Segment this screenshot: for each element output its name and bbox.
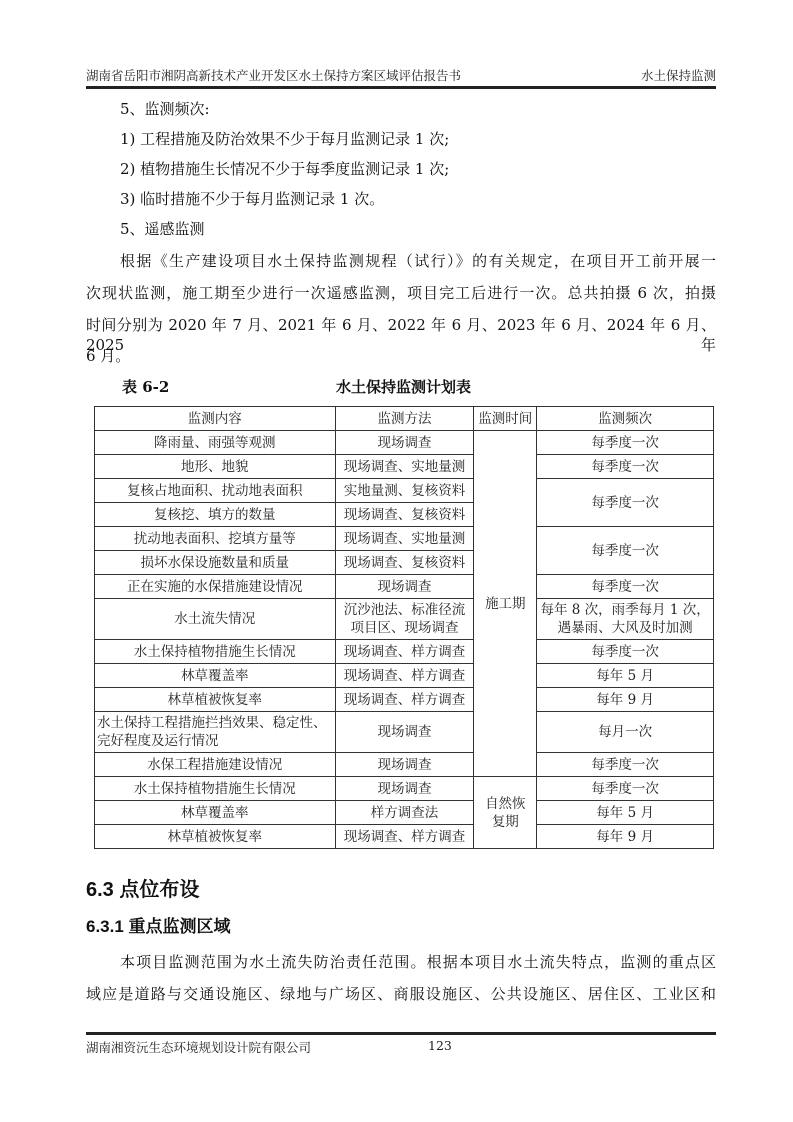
remote-para-line-1: 根据《生产建设项目水土保持监测规程（试行）》的有关规定，在项目开工前开展一 (86, 251, 716, 271)
content-cell: 水保工程措施建设情况 (95, 753, 336, 777)
header-divider (86, 86, 716, 89)
frequency-cell: 每季度一次 (537, 455, 714, 479)
section-para-line-2: 域应是道路与交通设施区、绿地与广场区、商服设施区、公共设施区、居住区、工业区和 (86, 984, 716, 1004)
method-cell: 现场调查、样方调查 (335, 640, 474, 664)
table-row: 正在实施的水保措施建设情况 现场调查 每季度一次 (95, 575, 714, 599)
table-row: 地形、地貌 现场调查、实地量测 每季度一次 (95, 455, 714, 479)
monitoring-plan-table: 监测内容 监测方法 监测时间 监测频次 降雨量、雨强等观测 现场调查 施工期 每… (94, 406, 714, 849)
content-cell: 水土保持植物措施生长情况 (95, 777, 336, 801)
remote-heading: 5、遥感监测 (86, 219, 716, 239)
content-cell: 地形、地貌 (95, 455, 336, 479)
period-cell-construction: 施工期 (474, 431, 537, 777)
header-cell: 监测方法 (335, 407, 474, 431)
table-row: 降雨量、雨强等观测 现场调查 施工期 每季度一次 (95, 431, 714, 455)
table-row: 水保工程措施建设情况 现场调查 每季度一次 (95, 753, 714, 777)
method-cell: 现场调查、样方调查 (335, 825, 474, 849)
header-cell: 监测时间 (474, 407, 537, 431)
header-cell: 监测频次 (537, 407, 714, 431)
content-cell: 林草覆盖率 (95, 801, 336, 825)
table-header-row: 监测内容 监测方法 监测时间 监测频次 (95, 407, 714, 431)
frequency-cell: 每年 9 月 (537, 688, 714, 712)
table-row: 水土保持工程措施拦挡效果、稳定性、完好程度及运行情况 现场调查 每月一次 (95, 712, 714, 753)
method-cell: 现场调查 (335, 712, 474, 753)
table-row: 扰动地表面积、挖填方量等 现场调查、实地量测 每季度一次 (95, 527, 714, 551)
subsection-heading: 6.3.1 重点监测区域 (86, 912, 231, 937)
table-row: 复核占地面积、扰动地表面积 实地量测、复核资料 每季度一次 (95, 479, 714, 503)
table-row: 水土保持植物措施生长情况 现场调查 自然恢复期 每季度一次 (95, 777, 714, 801)
frequency-cell: 每季度一次 (537, 527, 714, 575)
method-cell: 样方调查法 (335, 801, 474, 825)
content-cell: 林草植被恢复率 (95, 825, 336, 849)
table-row: 水土流失情况 沉沙池法、标准径流项目区、现场调查 每年 8 次，雨季每月 1 次… (95, 599, 714, 640)
frequency-cell: 每季度一次 (537, 753, 714, 777)
section-name: 水土保持监测 (641, 66, 716, 84)
content-cell: 水土流失情况 (95, 599, 336, 640)
method-cell: 现场调查、实地量测 (335, 527, 474, 551)
freq-item-2: 2) 植物措施生长情况不少于每季度监测记录 1 次; (86, 159, 716, 179)
method-cell: 现场调查 (335, 753, 474, 777)
method-cell: 现场调查、样方调查 (335, 664, 474, 688)
content-cell: 水土保持植物措施生长情况 (95, 640, 336, 664)
method-cell: 现场调查 (335, 575, 474, 599)
frequency-cell: 每季度一次 (537, 431, 714, 455)
method-cell: 沉沙池法、标准径流项目区、现场调查 (335, 599, 474, 640)
table-row: 水土保持植物措施生长情况 现场调查、样方调查 每季度一次 (95, 640, 714, 664)
header-cell: 监测内容 (95, 407, 336, 431)
frequency-cell: 每季度一次 (537, 640, 714, 664)
frequency-cell: 每季度一次 (537, 479, 714, 527)
report-title: 湖南省岳阳市湘阴高新技术产业开发区水土保持方案区域评估报告书 (86, 66, 461, 84)
content-cell: 水土保持工程措施拦挡效果、稳定性、完好程度及运行情况 (95, 712, 336, 753)
frequency-cell: 每季度一次 (537, 777, 714, 801)
table-row: 林草覆盖率 现场调查、样方调查 每年 5 月 (95, 664, 714, 688)
company-name: 湖南湘资沅生态环境规划设计院有限公司 (86, 1038, 311, 1056)
freq-item-1: 1) 工程措施及防治效果不少于每月监测记录 1 次; (86, 129, 716, 149)
method-cell: 现场调查 (335, 431, 474, 455)
frequency-cell: 每年 9 月 (537, 825, 714, 849)
method-cell: 现场调查、复核资料 (335, 503, 474, 527)
table-row: 林草覆盖率 样方调查法 每年 5 月 (95, 801, 714, 825)
frequency-cell: 每年 5 月 (537, 801, 714, 825)
content-cell: 正在实施的水保措施建设情况 (95, 575, 336, 599)
method-cell: 现场调查、样方调查 (335, 688, 474, 712)
frequency-cell: 每月一次 (537, 712, 714, 753)
remote-para-line-2: 次现状监测，施工期至少进行一次遥感监测，项目完工后进行一次。总共拍摄 6 次，拍… (86, 283, 716, 303)
content-cell: 林草植被恢复率 (95, 688, 336, 712)
remote-para-line-4: 6 月。 (86, 346, 716, 366)
page-number: 123 (428, 1038, 452, 1053)
table-number: 表 6-2 (122, 376, 169, 397)
frequency-cell: 每年 8 次，雨季每月 1 次，遇暴雨、大风及时加测 (537, 599, 714, 640)
content-cell: 扰动地表面积、挖填方量等 (95, 527, 336, 551)
frequency-cell: 每季度一次 (537, 575, 714, 599)
content-cell: 损坏水保设施数量和质量 (95, 551, 336, 575)
section-para-line-1: 本项目监测范围为水土流失防治责任范围。根据本项目水土流失特点，监测的重点区 (86, 952, 716, 972)
method-cell: 现场调查 (335, 777, 474, 801)
frequency-cell: 每年 5 月 (537, 664, 714, 688)
page-header: 湖南省岳阳市湘阴高新技术产业开发区水土保持方案区域评估报告书 水土保持监测 (86, 66, 716, 84)
content-cell: 复核占地面积、扰动地表面积 (95, 479, 336, 503)
table-title: 水土保持监测计划表 (336, 376, 471, 397)
period-cell-recovery: 自然恢复期 (474, 777, 537, 849)
content-cell: 降雨量、雨强等观测 (95, 431, 336, 455)
table-row: 林草植被恢复率 现场调查、样方调查 每年 9 月 (95, 825, 714, 849)
freq-heading: 5、监测频次: (86, 99, 716, 119)
section-heading: 6.3 点位布设 (86, 873, 199, 902)
method-cell: 现场调查、复核资料 (335, 551, 474, 575)
content-cell: 复核挖、填方的数量 (95, 503, 336, 527)
freq-item-3: 3) 临时措施不少于每月监测记录 1 次。 (86, 189, 716, 209)
table-row: 林草植被恢复率 现场调查、样方调查 每年 9 月 (95, 688, 714, 712)
footer-divider (86, 1032, 716, 1035)
method-cell: 实地量测、复核资料 (335, 479, 474, 503)
content-cell: 林草覆盖率 (95, 664, 336, 688)
method-cell: 现场调查、实地量测 (335, 455, 474, 479)
